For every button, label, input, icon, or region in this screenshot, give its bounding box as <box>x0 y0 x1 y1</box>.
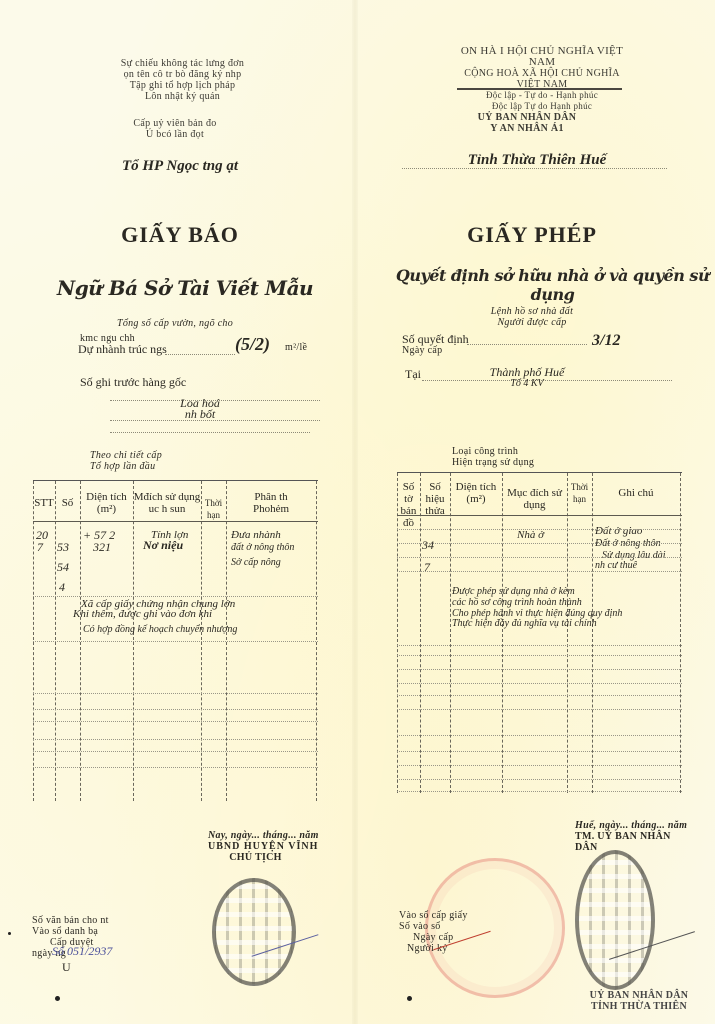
left-cell: Nơ niệu <box>143 539 183 552</box>
left-sign-role: CHỦ TỊCH <box>208 852 333 863</box>
right-number-line4: Người ký <box>399 943 504 954</box>
right-number-line1: Vào sổ cấp giấy <box>399 910 504 921</box>
right-table-rowline <box>397 669 682 670</box>
left-cell: 321 <box>93 541 111 554</box>
right-sign-block: Huế, ngày... tháng... năm TM. UỶ BAN NHÂ… <box>575 820 695 853</box>
left-mark-dot <box>8 932 11 935</box>
left-script-title: Ngữ Bá Sở Tài Viết Mẫu <box>30 276 340 300</box>
right-subheader: UỶ BAN NHÂN DÂN Y AN NHÂN Á1 <box>467 112 587 134</box>
right-title: GIẤY PHÉP <box>467 222 597 248</box>
left-cell: Sở cấp nông <box>231 556 281 569</box>
right-table-rowline <box>397 571 682 572</box>
right-number-line3: Ngày cấp <box>399 932 504 943</box>
left-title: GIẤY BÁO <box>110 222 250 248</box>
left-table-note2: Khi thêm, được ghi vào đơn khi <box>73 608 212 621</box>
right-field1-dots <box>467 344 587 345</box>
left-header-line3: Tập ghi tổ hợp lịch pháp <box>90 80 275 91</box>
right-table-rowline <box>397 683 682 684</box>
left-intro: Tổng số cấp vườn, ngõ cho <box>90 318 260 329</box>
left-th-ghichu-line1: Phân th <box>226 491 316 503</box>
left-table-note3: Có hợp đồng kế hoạch chuyển nhượng <box>83 623 237 636</box>
right-section-label-line1: Loại công trình <box>452 446 572 457</box>
right-cell: 7 <box>424 561 430 574</box>
left-place: Tổ HP Ngọc tng ạt <box>100 158 260 175</box>
right-cell: Nhà ở <box>517 529 544 542</box>
right-th-thoihan: Thời hạn <box>567 481 592 505</box>
right-stamp-text-line1: UỶ BAN NHÂN DÂN <box>579 990 699 1001</box>
right-section-label: Loại công trình Hiện trạng sử dụng <box>452 446 572 468</box>
left-bottom-mark: U <box>62 960 71 975</box>
left-th-stt: STT <box>33 497 55 509</box>
right-table-rowline <box>397 765 682 766</box>
left-th-mucdich-line1: Mđích sử dụng <box>133 491 201 503</box>
right-header-line2: CỘNG HOÀ XÃ HỘI CHỦ NGHĨA VIỆT NAM <box>452 68 632 90</box>
left-table-rowline <box>33 641 318 642</box>
right-field2-value-line2: Tổ 4 KV <box>467 378 587 390</box>
left-subheader: Cấp uỷ viên bản đo Ủ bcó lần đọt <box>115 118 235 140</box>
left-table-rowline <box>33 709 318 710</box>
right-table-rowline <box>397 557 682 558</box>
right-table-col-divider <box>680 473 681 793</box>
right-section-label-line2: Hiện trạng sử dụng <box>452 457 572 468</box>
right-stamp-caption: UỶ BAN NHÂN DÂN TỈNH THỪA THIÊN <box>579 990 699 1012</box>
left-cell: 7 <box>37 541 43 554</box>
right-table-rowline <box>397 655 682 656</box>
right-header-rule <box>457 88 622 90</box>
left-field1-value: (5/2) <box>235 334 270 355</box>
left-header-line1: Sự chiếu không tác lưng đơn <box>90 58 275 69</box>
left-th-so: Số <box>55 497 80 509</box>
right-field2-label: Tại <box>405 368 421 381</box>
left-th-ghichu: Phân th Phohẻm <box>226 491 316 515</box>
left-number-value: Số 051/2937 <box>52 944 112 959</box>
right-intro: Lệnh hồ sơ nhà đất Người được cấp <box>457 306 607 328</box>
left-field2-label: Số ghi trước hàng gốc <box>80 376 240 389</box>
right-table-rowline <box>397 791 682 792</box>
left-header-line2: ọn tên cô tr bò đăng ký nhp <box>90 69 275 80</box>
right-punch-hole <box>407 996 412 1001</box>
right-table-rowline <box>397 543 682 544</box>
left-sign-block: Nay, ngày... tháng... năm UBND HUYỆN VĨN… <box>208 830 333 863</box>
left-number-line2: Vào sổ danh bạ <box>32 926 122 937</box>
right-script-title: Quyết định sở hữu nhà ở và quyền sử dụng <box>395 266 710 304</box>
left-th-dientich: Diện tích (m²) <box>80 491 133 515</box>
right-subheader-line1: UỶ BAN NHÂN DÂN <box>467 112 587 123</box>
left-table-rowline <box>33 751 318 752</box>
right-header: ON HÀ I HỘI CHỦ NGHĨA VIỆT NAM CỘNG HOÀ … <box>452 46 632 112</box>
right-header-line3: Độc lập - Tự do - Hạnh phúc <box>452 90 632 101</box>
left-cell: đất ở nông thôn <box>231 541 294 554</box>
left-punch-hole <box>55 996 60 1001</box>
right-th-mucdich: Mục đích sử dụng <box>502 487 567 511</box>
right-th-dientich: Diện tích (m²) <box>450 481 502 505</box>
right-table-rowline <box>397 709 682 710</box>
left-cell: 53 <box>57 541 69 554</box>
right-table-col-divider <box>420 473 421 793</box>
left-table-header-rule <box>33 521 318 522</box>
right-table-rowline <box>397 529 682 530</box>
right-field1-value: 3/12 <box>592 332 620 350</box>
right-table-col-divider <box>450 473 451 793</box>
right-table-rowline <box>397 751 682 752</box>
left-field4-dots <box>110 432 310 433</box>
right-sign-role: TM. UỶ BAN NHÂN DÂN <box>575 831 695 853</box>
left-field1-dots <box>165 354 235 355</box>
left-th-mucdich-line2: uc h sun <box>133 503 201 515</box>
right-table-rowline <box>397 645 682 646</box>
right-header-line1: ON HÀ I HỘI CHỦ NGHĨA VIỆT NAM <box>452 46 632 68</box>
left-section-label-line1: Theo chi tiết cấp <box>90 450 210 461</box>
right-table-col-divider <box>502 473 503 793</box>
left-cell: 4 <box>59 581 65 594</box>
left-field3-dots <box>110 420 320 421</box>
left-field3-value: Loa hoá nh bốt <box>160 398 240 420</box>
left-section-label: Theo chi tiết cấp Tổ hợp lần đầu <box>90 450 210 472</box>
right-th-soto: Số tờ bản đồ <box>397 481 420 529</box>
left-sign-place: Nay, ngày... tháng... năm <box>208 830 333 841</box>
right-field1-label-b: Ngày cấp <box>402 345 522 356</box>
right-intro-line2: Người được cấp <box>457 317 607 328</box>
right-place: Tỉnh Thừa Thiên Huế <box>457 152 617 169</box>
right-table-col-divider <box>567 473 568 793</box>
right-th-sohieu: Số hiệu thửa <box>420 481 450 517</box>
right-field2-value: Thành phố Huế Tổ 4 KV <box>467 366 587 390</box>
right-field2-value-line1: Thành phố Huế <box>467 366 587 378</box>
right-th-ghichu: Ghi chú <box>592 487 680 499</box>
right-cell: 34 <box>422 539 434 552</box>
right-table-note4: Thực hiện đầy đủ nghĩa vụ tài chính <box>452 617 597 630</box>
left-subheader-line2: Ủ bcó lần đọt <box>115 129 235 140</box>
right-subheader-line2: Y AN NHÂN Á1 <box>467 123 587 134</box>
left-th-ghichu-line2: Phohẻm <box>226 503 316 515</box>
left-sign-org: UBND HUYỆN VĨNH <box>208 841 333 852</box>
right-page: ON HÀ I HỘI CHỦ NGHĨA VIỆT NAM CỘNG HOÀ … <box>357 0 715 1024</box>
left-header-line4: Lôn nhật ký quán <box>90 91 275 102</box>
right-stamp-text-line2: TỈNH THỪA THIÊN <box>579 1001 699 1012</box>
left-header: Sự chiếu không tác lưng đơn ọn tên cô tr… <box>90 58 275 102</box>
left-th-mucdich: Mđích sử dụng uc h sun <box>133 491 201 515</box>
right-table-rowline <box>397 779 682 780</box>
left-table-rowline <box>33 767 318 768</box>
right-sign-place: Huế, ngày... tháng... năm <box>575 820 695 831</box>
left-field3-value-line2: nh bốt <box>160 409 240 420</box>
right-table-rowline <box>397 735 682 736</box>
left-land-table: STT Số Diện tích (m²) Mđích sử dụng uc h… <box>33 480 318 801</box>
right-table-header-rule <box>397 515 682 516</box>
left-official-stamp <box>212 878 296 986</box>
left-section-label-line2: Tổ hợp lần đầu <box>90 461 210 472</box>
left-field1-suffix: m²/lề <box>285 342 307 353</box>
left-table-rowline <box>33 721 318 722</box>
left-number-line1: Số văn bản cho nt <box>32 915 122 926</box>
left-cell: 54 <box>57 561 69 574</box>
right-official-stamp <box>575 850 655 990</box>
left-page: Sự chiếu không tác lưng đơn ọn tên cô tr… <box>0 0 357 1024</box>
right-land-table: Số tờ bản đồ Số hiệu thửa Diện tích (m²)… <box>397 472 682 793</box>
left-table-rowline <box>33 693 318 694</box>
right-intro-line1: Lệnh hồ sơ nhà đất <box>457 306 607 317</box>
left-th-thoihan: Thời hạn <box>201 497 226 521</box>
right-table-col-divider <box>592 473 593 793</box>
right-header-line4: Độc lập Tự do Hạnh phúc <box>452 101 632 112</box>
right-table-rowline <box>397 695 682 696</box>
left-subheader-line1: Cấp uỷ viên bản đo <box>115 118 235 129</box>
left-table-rowline <box>33 739 318 740</box>
left-table-rowline <box>33 596 318 597</box>
